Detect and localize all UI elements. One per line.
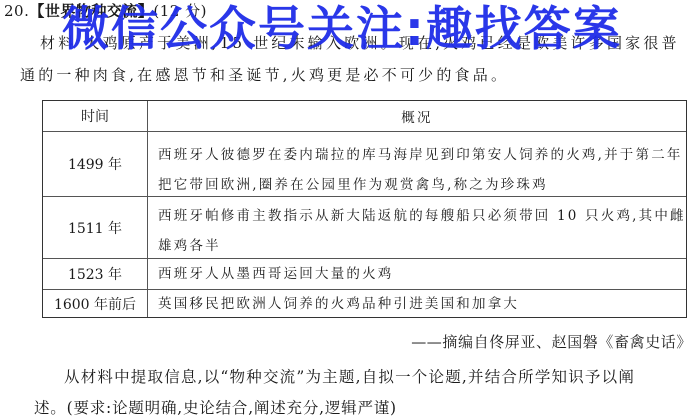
row-description: 英国移民把欧洲人饲养的火鸡品种引进美国和加拿大 (148, 290, 686, 317)
row-description: 西班牙人从墨西哥运回大量的火鸡 (148, 259, 686, 289)
source-citation: ——摘编自佟屏亚、赵国磐《畜禽史话》 (411, 331, 692, 352)
row-description: 西班牙人彼德罗在委内瑞拉的库马海岸见到印第安人饲养的火鸡,并于第二年 把它带回欧… (148, 132, 686, 196)
row-description: 西班牙帕修甫主教指示从新大陆返航的每艘船只必须带回 10 只火鸡,其中雌 雄鸡各… (148, 197, 686, 258)
row-description-line: 西班牙人彼德罗在委内瑞拉的库马海岸见到印第安人饲养的火鸡,并于第二年 (158, 140, 686, 170)
table-row: 1523 年 西班牙人从墨西哥运回大量的火鸡 (43, 258, 686, 289)
row-time: 1523 年 (43, 259, 148, 289)
row-time: 1511 年 (43, 197, 148, 258)
row-description-line: 雄鸡各半 (158, 231, 686, 261)
row-description-line: 西班牙人从墨西哥运回大量的火鸡 (158, 259, 686, 289)
task-text-line-2: 述。(要求:论题明确,史论结合,阐述充分,逻辑严谨) (34, 396, 397, 418)
question-number: 20. (4, 2, 29, 20)
row-description-line: 英国移民把欧洲人饲养的火鸡品种引进美国和加拿大 (158, 290, 686, 318)
row-time: 1600 年前后 (43, 290, 148, 317)
table-row: 1511 年 西班牙帕修甫主教指示从新大陆返航的每艘船只必须带回 10 只火鸡,… (43, 196, 686, 258)
table-row: 1600 年前后 英国移民把欧洲人饲养的火鸡品种引进美国和加拿大 (43, 289, 686, 317)
row-time: 1499 年 (43, 132, 148, 196)
table-header-row: 时间 概况 (43, 101, 686, 131)
table-row: 1499 年 西班牙人彼德罗在委内瑞拉的库马海岸见到印第安人饲养的火鸡,并于第二… (43, 131, 686, 196)
turkey-history-table: 时间 概况 1499 年 西班牙人彼德罗在委内瑞拉的库马海岸见到印第安人饲养的火… (42, 100, 687, 318)
header-time: 时间 (43, 101, 148, 131)
header-overview: 概况 (148, 101, 686, 131)
row-description-line: 西班牙帕修甫主教指示从新大陆返航的每艘船只必须带回 10 只火鸡,其中雌 (158, 201, 686, 231)
watermark-overlay: 微信公众号关注:趣找答案 (62, 0, 622, 60)
material-text-line-2: 通的一种肉食,在感恩节和圣诞节,火鸡更是必不可少的食品。 (20, 64, 509, 85)
task-text-line-1: 从材料中提取信息,以“物种交流”为主题,自拟一个论题,并结合所学知识予以阐 (64, 365, 635, 387)
